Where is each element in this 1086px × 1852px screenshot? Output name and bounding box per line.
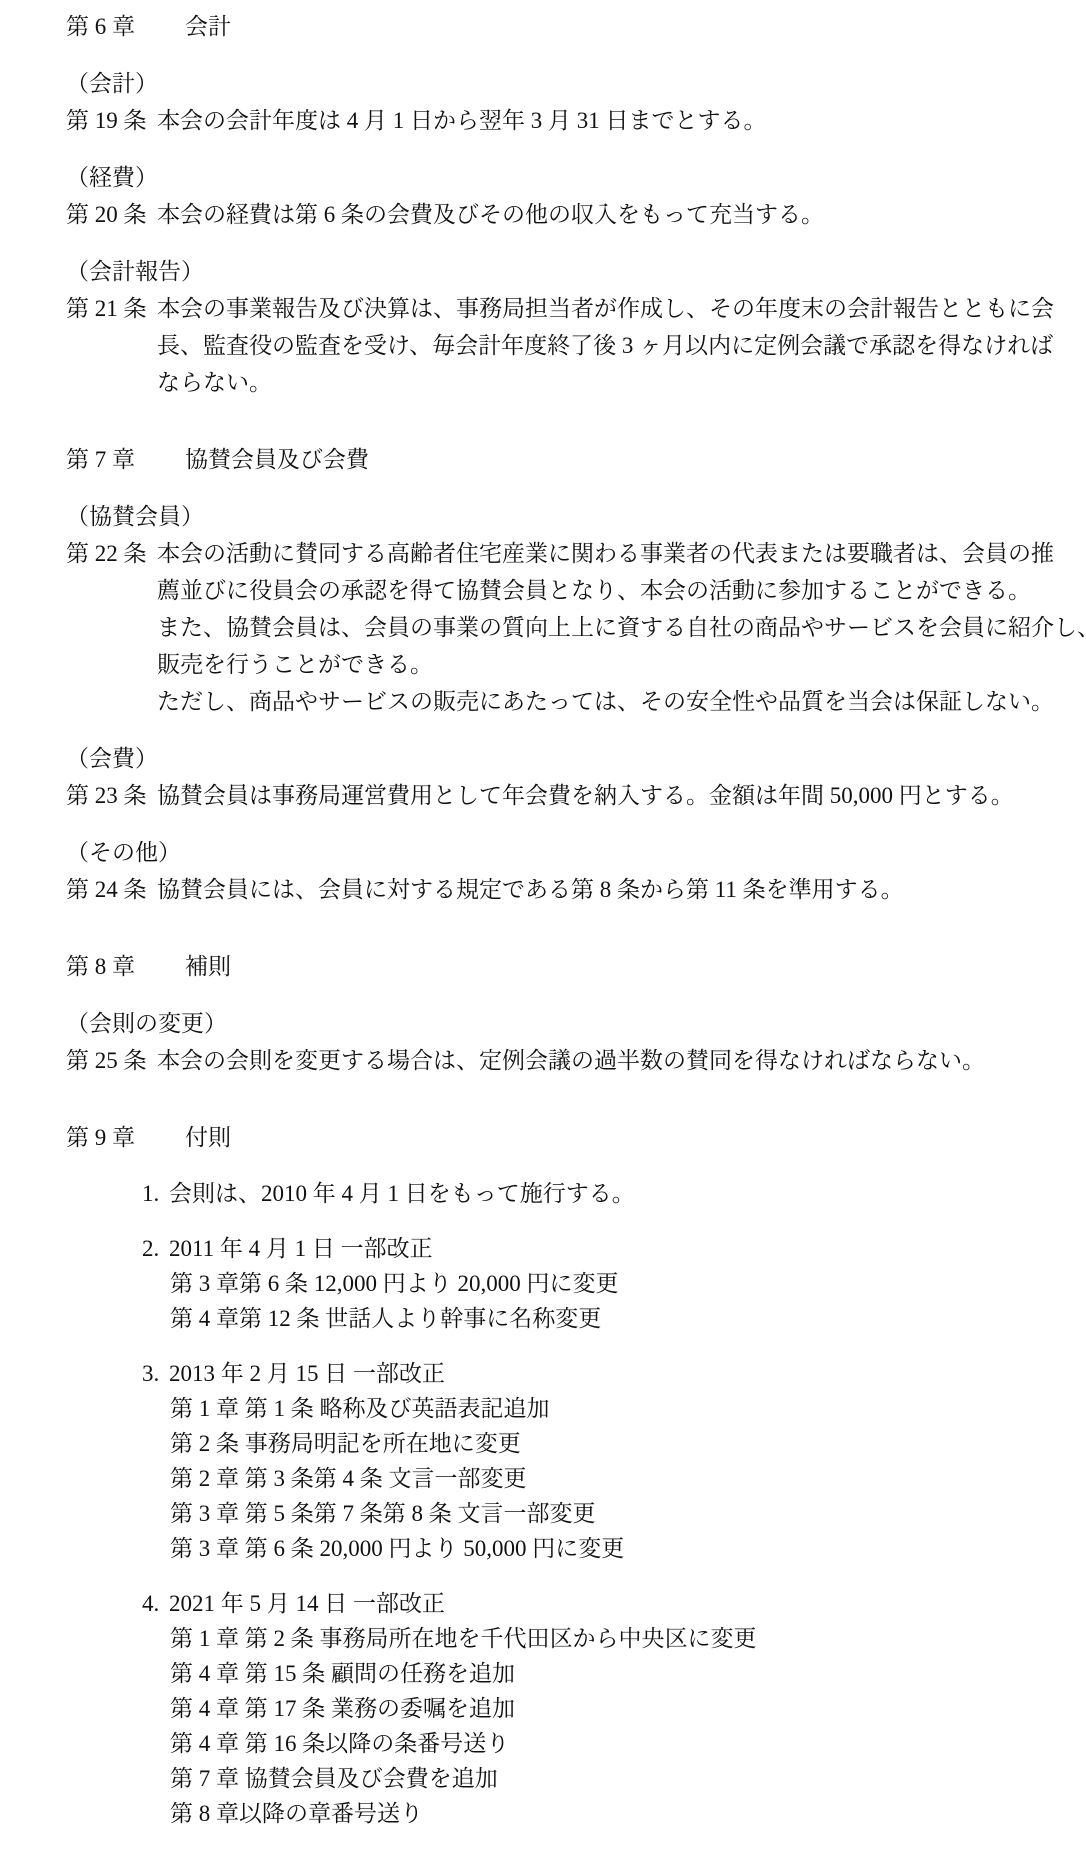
appendix-item-3-sub-line: 第 1 章 第 1 条 略称及び英語表記追加 (66, 1391, 1066, 1426)
article-25: 第 25 条本会の会則を変更する場合は、定例会議の過半数の賛同を得なければならな… (66, 1042, 1066, 1079)
appendix-item-3-sub-line: 第 3 章 第 6 条 20,000 円より 50,000 円に変更 (66, 1531, 1066, 1566)
appendix-item-3-sub-line: 第 2 章 第 3 条第 4 条 文言一部変更 (66, 1461, 1066, 1496)
article-21-text-line2: 長、監査役の監査を受け、毎会計年度終了後 3 ヶ月以内に定例会議で承認を得なけれ… (66, 327, 1066, 364)
appendix-item-4-sub-line: 第 8 章以降の章番号送り (66, 1796, 1066, 1831)
article-25-number: 第 25 条 (66, 1042, 157, 1079)
article-19: 第 19 条本会の会計年度は 4 月 1 日から翌年 3 月 31 日までとする… (66, 102, 1066, 139)
chapter-7-label: 第 7 章 (66, 441, 135, 478)
chapter-7-heading: 第 7 章協賛会員及び会費 (66, 441, 1066, 478)
appendix-item-4-text: 2021 年 5 月 14 日 一部改正 (169, 1591, 445, 1616)
article-19-number: 第 19 条 (66, 102, 157, 139)
article-24-number: 第 24 条 (66, 871, 157, 908)
appendix-item-4-number: 4. (142, 1586, 169, 1621)
appendix-item-1: 1.会則は、2010 年 4 月 1 日をもって施行する。 (66, 1176, 1066, 1211)
article-23: 第 23 条協賛会員は事務局運営費用として年会費を納入する。金額は年間 50,0… (66, 777, 1066, 814)
article-22-caption: （協賛会員） (66, 498, 1066, 535)
article-23-number: 第 23 条 (66, 777, 157, 814)
appendix-item-3-sub-line: 第 3 章 第 5 条第 7 条第 8 条 文言一部変更 (66, 1496, 1066, 1531)
appendix-item-2-number: 2. (142, 1231, 169, 1266)
chapter-6-label: 第 6 章 (66, 8, 135, 45)
article-21-caption: （会計報告） (66, 253, 1066, 290)
article-24: 第 24 条協賛会員には、会員に対する規定である第 8 条から第 11 条を準用… (66, 871, 1066, 908)
appendix-item-1-text: 会則は、2010 年 4 月 1 日をもって施行する。 (169, 1181, 635, 1206)
article-22-text-line1: 本会の活動に賛同する高齢者住宅産業に関わる事業者の代表または要職者は、会員の推 (157, 541, 1054, 566)
appendix-item-4: 4.2021 年 5 月 14 日 一部改正 (66, 1586, 1066, 1621)
article-20-number: 第 20 条 (66, 196, 157, 233)
chapter-9-title: 付則 (185, 1125, 231, 1150)
appendix-item-4-sub-line: 第 4 章 第 17 条 業務の委嘱を追加 (66, 1691, 1066, 1726)
article-22-text-line2: 薦並びに役員会の承認を得て協賛会員となり、本会の活動に参加することができる。 (66, 572, 1066, 609)
appendix-item-2-text: 2011 年 4 月 1 日 一部改正 (169, 1236, 433, 1261)
article-20: 第 20 条本会の経費は第 6 条の会費及びその他の収入をもって充当する。 (66, 196, 1066, 233)
chapter-7-title: 協賛会員及び会費 (185, 447, 369, 472)
article-25-caption: （会則の変更） (66, 1005, 1066, 1042)
chapter-6-heading: 第 6 章会計 (66, 8, 1066, 45)
appendix-item-3-number: 3. (142, 1356, 169, 1391)
appendix-item-2: 2.2011 年 4 月 1 日 一部改正 (66, 1231, 1066, 1266)
appendix-item-2-sub-line: 第 3 章第 6 条 12,000 円より 20,000 円に変更 (66, 1266, 1066, 1301)
article-19-caption: （会計） (66, 65, 1066, 102)
chapter-8-heading: 第 8 章補則 (66, 948, 1066, 985)
article-21-text-line3: ならない。 (66, 364, 1066, 401)
article-21-text-line1: 本会の事業報告及び決算は、事務局担当者が作成し、その年度末の会計報告とともに会 (157, 296, 1054, 321)
article-22-number: 第 22 条 (66, 535, 157, 572)
appendix-item-3-sub-line: 第 2 条 事務局明記を所在地に変更 (66, 1426, 1066, 1461)
appendix-item-2-sub-line: 第 4 章第 12 条 世話人より幹事に名称変更 (66, 1301, 1066, 1336)
appendix-item-3: 3.2013 年 2 月 15 日 一部改正 (66, 1356, 1066, 1391)
chapter-8-title: 補則 (185, 954, 231, 979)
article-20-text: 本会の経費は第 6 条の会費及びその他の収入をもって充当する。 (157, 202, 824, 227)
appendix-item-3-text: 2013 年 2 月 15 日 一部改正 (169, 1361, 445, 1386)
appendix-item-4-sub-line: 第 7 章 協賛会員及び会費を追加 (66, 1761, 1066, 1796)
chapter-9-heading: 第 9 章付則 (66, 1119, 1066, 1156)
article-19-text: 本会の会計年度は 4 月 1 日から翌年 3 月 31 日までとする。 (157, 108, 767, 133)
article-22-text-line5: ただし、商品やサービスの販売にあたっては、その安全性や品質を当会は保証しない。 (66, 683, 1066, 720)
document-page: 第 6 章会計 （会計） 第 19 条本会の会計年度は 4 月 1 日から翌年 … (0, 0, 1086, 1852)
article-22-text-line3: また、協賛会員は、会員の事業の質向上上に資する自社の商品やサービスを会員に紹介し… (66, 609, 1066, 646)
article-23-caption: （会費） (66, 740, 1066, 777)
chapter-9-label: 第 9 章 (66, 1119, 135, 1156)
article-22-text-line4: 販売を行うことができる。 (66, 646, 1066, 683)
chapter-8-label: 第 8 章 (66, 948, 135, 985)
article-20-caption: （経費） (66, 159, 1066, 196)
appendix-item-4-sub-line: 第 1 章 第 2 条 事務局所在地を千代田区から中央区に変更 (66, 1621, 1066, 1656)
article-21: 第 21 条本会の事業報告及び決算は、事務局担当者が作成し、その年度末の会計報告… (66, 290, 1066, 327)
chapter-6-title: 会計 (185, 14, 231, 39)
appendix-item-4-sub-line: 第 4 章 第 15 条 顧問の任務を追加 (66, 1656, 1066, 1691)
article-24-text: 協賛会員には、会員に対する規定である第 8 条から第 11 条を準用する。 (157, 877, 904, 902)
article-23-text: 協賛会員は事務局運営費用として年会費を納入する。金額は年間 50,000 円とす… (157, 783, 1014, 808)
article-25-text: 本会の会則を変更する場合は、定例会議の過半数の賛同を得なければならない。 (157, 1048, 985, 1073)
article-21-number: 第 21 条 (66, 290, 157, 327)
appendix-item-4-sub-line: 第 4 章 第 16 条以降の条番号送り (66, 1726, 1066, 1761)
appendix-item-1-number: 1. (142, 1176, 169, 1211)
article-22: 第 22 条本会の活動に賛同する高齢者住宅産業に関わる事業者の代表または要職者は… (66, 535, 1066, 572)
article-24-caption: （その他） (66, 834, 1066, 871)
